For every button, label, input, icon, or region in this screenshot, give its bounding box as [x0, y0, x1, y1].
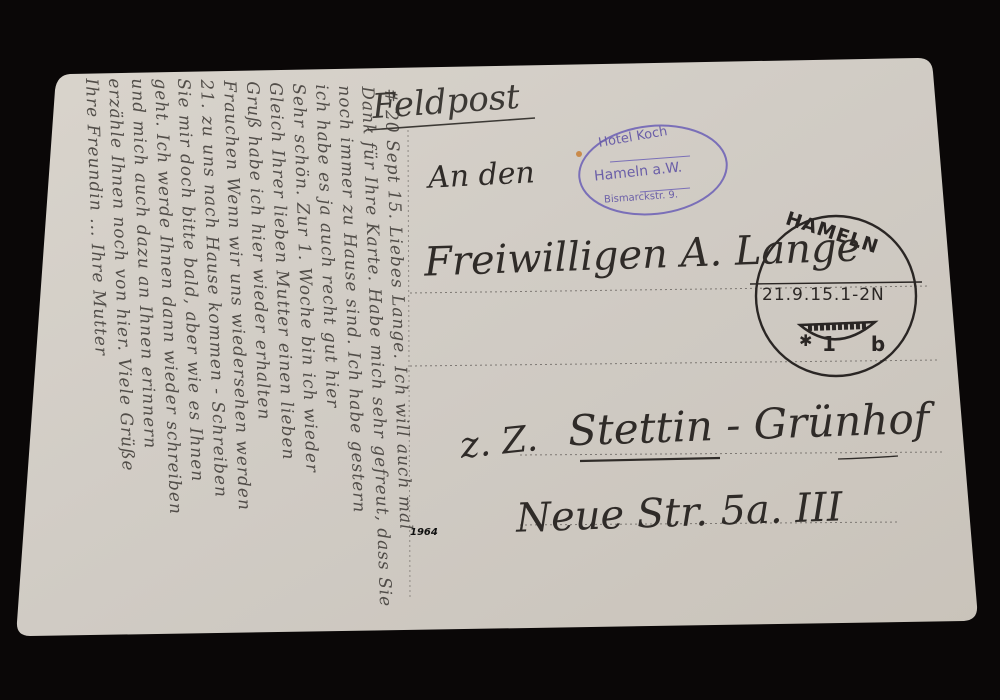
handwritten-message: # 20 Sept 15. Liebes Lange. Ich will auc…: [0, 0, 1000, 700]
photo-scene: ✱ Hotel Koch Hameln a.W. Bismarckstr. 9.…: [0, 0, 1000, 700]
